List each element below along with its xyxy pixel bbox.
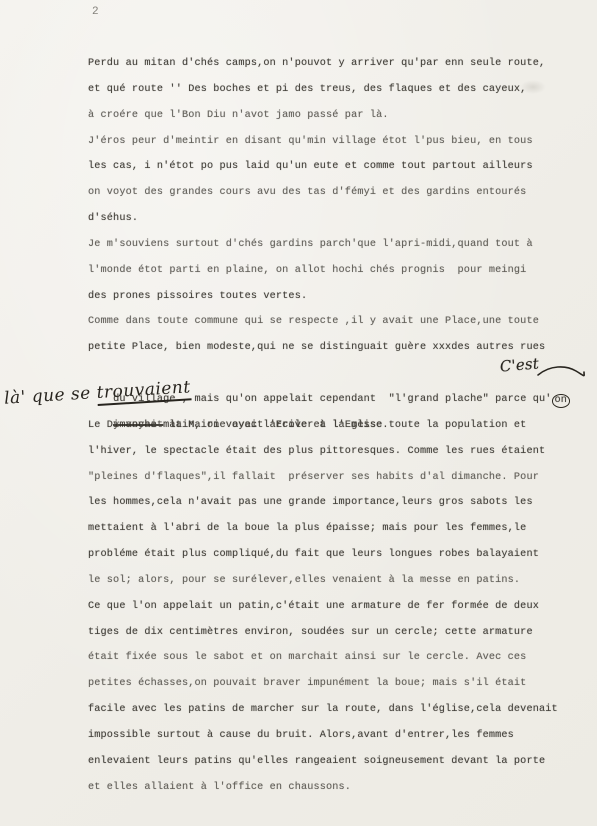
text-line: probléme était plus compliqué,du fait qu… <box>88 542 593 568</box>
text-line: l'hiver, le spectacle était des plus pit… <box>88 439 593 465</box>
handwritten-correction: C'est <box>499 351 540 380</box>
text-line: à croére que l'Bon Diu n'avot jamo passé… <box>88 103 593 129</box>
text-line: et qué route '' Des boches et pi des tre… <box>88 77 593 103</box>
text-line: mettaient à l'abri de la boue la plus ép… <box>88 516 593 542</box>
text-line: Perdu au mitan d'chés camps,on n'pouvot … <box>88 51 593 77</box>
text-line: facile avec les patins de marcher sur la… <box>88 697 593 723</box>
text-line: des prones pissoires toutes vertes. <box>88 284 593 310</box>
text-line: enlevaient leurs patins qu'elles rangeai… <box>88 749 593 775</box>
text-line: le sol; alors, pour se surélever,elles v… <box>88 568 593 594</box>
text-line: J'éros peur d'meintir en disant qu'min v… <box>88 129 593 155</box>
text-line: Je m'souviens surtout d'chés gardins par… <box>88 232 593 258</box>
page-number: 2 <box>92 6 99 18</box>
text-line: l'monde étot parti en plaine, on allot h… <box>88 258 593 284</box>
text-line: les cas, i n'étot po pus laid qu'un eute… <box>88 154 593 180</box>
text-line: "pleines d'flaques",il fallait préserver… <box>88 465 593 491</box>
scanned-document-page: { "page": { "number": "2" }, "document":… <box>0 0 597 826</box>
text-line: et elles allaient à l'office en chausson… <box>88 775 593 801</box>
text-line: Comme dans toute commune qui se respecte… <box>88 309 593 335</box>
text-line: tiges de dix centimètres environ, soudée… <box>88 620 593 646</box>
margin-note-text: là' que se <box>4 383 98 409</box>
text-line: était fixée sous le sabot et on marchait… <box>88 645 593 671</box>
text-line: impossible surtout à cause du bruit. Alo… <box>88 723 593 749</box>
struck-text: y voyait <box>113 420 163 431</box>
handwriting-flourish <box>536 363 586 379</box>
text-line: petites échasses,on pouvait braver impun… <box>88 671 593 697</box>
text-line: on voyot des grandes cours avu des tas d… <box>88 180 593 206</box>
typewritten-text-block: Perdu au mitan d'chés camps,on n'pouvot … <box>88 51 593 800</box>
text-line: les hommes,cela n'avait pas une grande i… <box>88 490 593 516</box>
text-line: Ce que l'on appelait un patin,c'était un… <box>88 594 593 620</box>
typed-text: la Mairie avec l'Ecole et l'Eglise. <box>163 420 389 431</box>
text-line: d'séhus. <box>88 206 593 232</box>
